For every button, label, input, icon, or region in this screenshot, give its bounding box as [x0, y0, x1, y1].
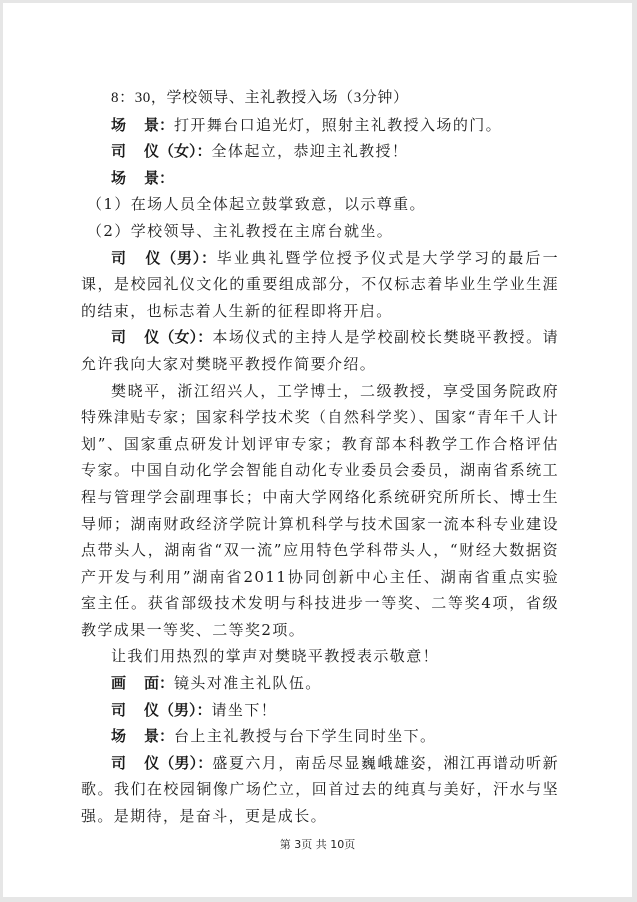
document-body: 8：30，学校领导、主礼教授入场（3分钟） 场景：打开舞台口追光灯，照射主礼教授…: [81, 85, 559, 830]
host-line: 司仪（男）：请坐下！: [81, 697, 559, 724]
speaker-label: 司仪（女）：: [111, 328, 212, 346]
page-number-footer: 第 3页 共 10页: [3, 836, 632, 852]
camera-direction: 画面：镜头对准主礼队伍。: [81, 670, 559, 697]
schedule-heading: 8：30，学校领导、主礼教授入场（3分钟）: [81, 85, 559, 112]
speaker-label: 场景：: [111, 727, 174, 745]
host-paragraph: 司仪（男）：盛夏六月，南岳尽显巍峨雄姿，湘江再谱动听新歌。我们在校园铜像广场伫立…: [81, 750, 559, 830]
document-page: 8：30，学校领导、主礼教授入场（3分钟） 场景：打开舞台口追光灯，照射主礼教授…: [3, 3, 632, 897]
applause-line: 让我们用热烈的掌声对樊晓平教授表示敬意！: [81, 643, 559, 670]
biography-text: 樊晓平，浙江绍兴人，工学博士，二级教授，享受国务院政府特殊津贴专家；国家科学技术…: [81, 382, 559, 639]
host-text: 请坐下！: [212, 701, 278, 719]
host-paragraph: 司仪（女）：本场仪式的主持人是学校副校长樊晓平教授。请允许我向大家对樊晓平教授作…: [81, 324, 559, 377]
host-paragraph: 司仪（男）：毕业典礼暨学位授予仪式是大学学习的最后一课，是校园礼仪文化的重要组成…: [81, 245, 559, 325]
applause-text: 让我们用热烈的掌声对樊晓平教授表示敬意！: [111, 647, 439, 665]
biography-paragraph: 樊晓平，浙江绍兴人，工学博士，二级教授，享受国务院政府特殊津贴专家；国家科学技术…: [81, 378, 559, 644]
host-line: 司仪（女）：全体起立，恭迎主礼教授！: [81, 138, 559, 165]
list-item: （1）在场人员全体起立鼓掌致意，以示尊重。: [81, 191, 559, 218]
speaker-label: 场景：: [111, 169, 174, 187]
scene-direction: 场景：台上主礼教授与台下学生同时坐下。: [81, 723, 559, 750]
scene-text: 打开舞台口追光灯，照射主礼教授入场的门。: [174, 116, 502, 134]
scene-direction: 场景：打开舞台口追光灯，照射主礼教授入场的门。: [81, 112, 559, 139]
host-text: 全体起立，恭迎主礼教授！: [212, 142, 409, 160]
speaker-label: 司仪（男）：: [111, 249, 217, 267]
scene-direction: 场景：: [81, 165, 559, 192]
scene-text: 台上主礼教授与台下学生同时坐下。: [174, 727, 436, 745]
list-item-text: （1）在场人员全体起立鼓掌致意，以示尊重。: [87, 195, 426, 213]
speaker-label: 司仪（女）：: [111, 142, 212, 160]
schedule-heading-text: 8：30，学校领导、主礼教授入场（3分钟）: [111, 90, 409, 106]
speaker-label: 场景：: [111, 116, 174, 134]
speaker-label: 司仪（男）：: [111, 701, 212, 719]
list-item: （2）学校领导、主礼教授在主席台就坐。: [81, 218, 559, 245]
list-item-text: （2）学校领导、主礼教授在主席台就坐。: [87, 222, 393, 240]
camera-text: 镜头对准主礼队伍。: [174, 674, 322, 692]
speaker-label: 画面：: [111, 674, 174, 692]
speaker-label: 司仪（男）：: [111, 754, 212, 772]
